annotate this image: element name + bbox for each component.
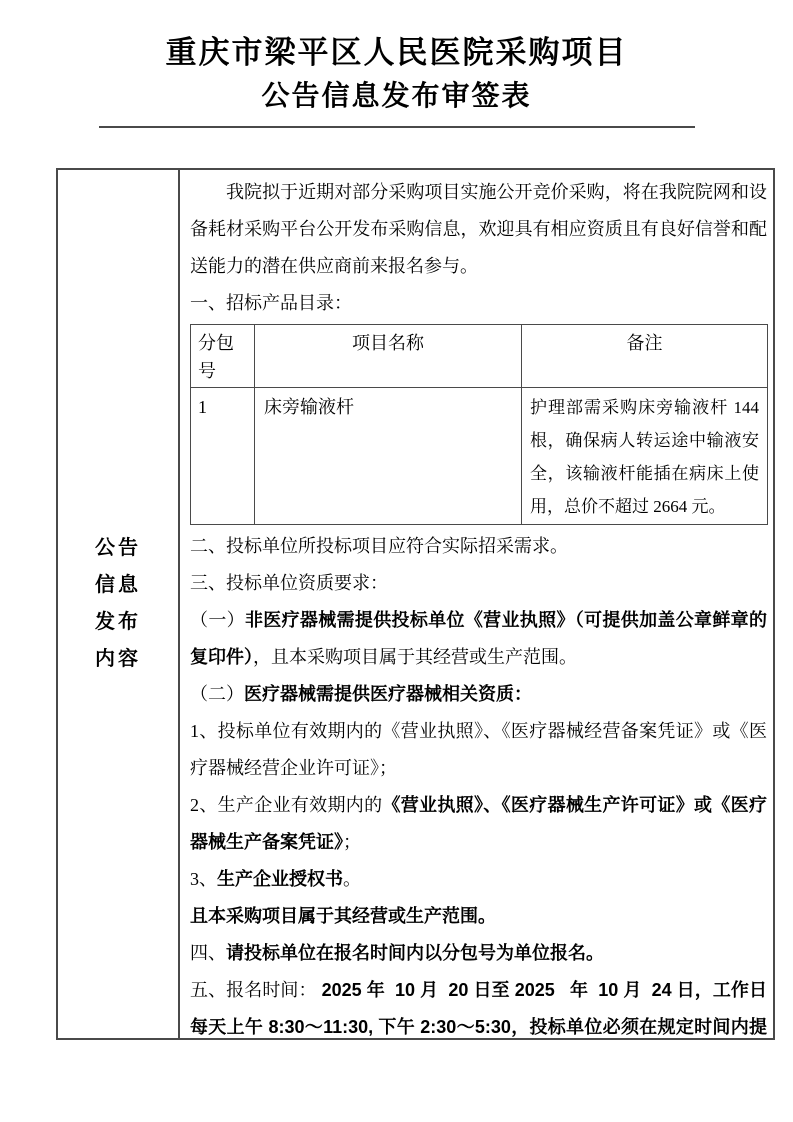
text-run: 四、	[190, 943, 226, 963]
text-run-bold: 且本采购项目属于其经营或生产范围。	[190, 906, 496, 926]
text-run-bold: 请投标单位在报名时间内以分包号为单位报名。	[226, 943, 604, 963]
text-run: 三、投标单位资质要求：	[190, 573, 388, 593]
text-run: 。	[343, 869, 361, 889]
catalog-cell: 护理部需采购床旁输液杆 144 根，确保病人转运途中输液安全，该输液杆能插在病床…	[522, 388, 768, 525]
paragraph: 五、报名时间： 2025 年 10 月 20 日至 2025 年 10 月 24…	[190, 972, 767, 1038]
title-block: 重庆市梁平区人民医院采购项目 公告信息发布审签表	[0, 0, 793, 128]
content-before-table: 我院拟于近期对部分采购项目实施公开竞价采购，将在我院院网和设备耗材采购平台公开发…	[190, 174, 767, 322]
text-run: （二）	[190, 684, 244, 704]
text-run: ，且本采购项目属于其经营或生产范围。	[253, 647, 577, 667]
text-run: ；	[343, 832, 361, 852]
paragraph: （一）非医疗器械需提供投标单位《营业执照》（可提供加盖公章鲜章的复印件），且本采…	[190, 602, 767, 676]
paragraph: 且本采购项目属于其经营或生产范围。	[190, 898, 767, 935]
row-label: 公告信息发布内容	[95, 530, 141, 678]
text-run: 3、	[190, 869, 217, 889]
catalog-table-body: 1床旁输液杆护理部需采购床旁输液杆 144 根，确保病人转运途中输液安全，该输液…	[191, 388, 768, 525]
document-title-line2: 公告信息发布审签表	[0, 79, 793, 113]
catalog-cell: 1	[191, 388, 255, 525]
title-underline	[99, 126, 695, 128]
row-label-line: 公告	[95, 530, 141, 567]
row-label-line: 内容	[95, 641, 141, 678]
paragraph: 1、投标单位有效期内的《营业执照》、《医疗器械经营备案凭证》或《医疗器械经营企业…	[190, 713, 767, 787]
text-run: 二、投标单位所投标项目应符合实际招采需求。	[190, 536, 568, 556]
paragraph: 3、生产企业授权书。	[190, 861, 767, 898]
catalog-row: 1床旁输液杆护理部需采购床旁输液杆 144 根，确保病人转运途中输液安全，该输液…	[191, 388, 768, 525]
text-run: （一）	[190, 610, 245, 630]
text-run: 五、报名时间：	[190, 980, 317, 1000]
text-run: 1、投标单位有效期内的《营业执照》、《医疗器械经营备案凭证》或《医疗器械经营企业…	[190, 721, 767, 778]
paragraph: 三、投标单位资质要求：	[190, 565, 767, 602]
text-run-bold: 生产企业授权书	[217, 869, 343, 889]
row-label-line: 信息	[95, 567, 141, 604]
text-run: 一、招标产品目录：	[190, 293, 352, 313]
document-page: 重庆市梁平区人民医院采购项目 公告信息发布审签表 公告信息发布内容 我院拟于近期…	[0, 0, 793, 1122]
catalog-table: 分包号 项目名称 备注 1床旁输液杆护理部需采购床旁输液杆 144 根，确保病人…	[190, 324, 768, 525]
announcement-content-cell: 我院拟于近期对部分采购项目实施公开竞价采购，将在我院院网和设备耗材采购平台公开发…	[180, 170, 773, 1038]
col-header-project-name: 项目名称	[255, 325, 522, 388]
content-after-table: 二、投标单位所投标项目应符合实际招采需求。三、投标单位资质要求：（一）非医疗器械…	[190, 528, 767, 1038]
text-run: 我院拟于近期对部分采购项目实施公开竞价采购，将在我院院网和设备耗材采购平台公开发…	[190, 182, 767, 276]
row-label-line: 发布	[95, 604, 141, 641]
text-run-bold: 医疗器械需提供医疗器械相关资质：	[244, 684, 532, 704]
row-label-cell: 公告信息发布内容	[58, 170, 180, 1038]
catalog-cell: 床旁输液杆	[255, 388, 522, 525]
text-run: 2、生产企业有效期内的	[190, 795, 382, 815]
approval-form-table: 公告信息发布内容 我院拟于近期对部分采购项目实施公开竞价采购，将在我院院网和设备…	[56, 168, 775, 1040]
document-title-line1: 重庆市梁平区人民医院采购项目	[0, 34, 793, 71]
paragraph: 我院拟于近期对部分采购项目实施公开竞价采购，将在我院院网和设备耗材采购平台公开发…	[190, 174, 767, 285]
col-header-remark: 备注	[522, 325, 768, 388]
paragraph: 四、请投标单位在报名时间内以分包号为单位报名。	[190, 935, 767, 972]
paragraph: 二、投标单位所投标项目应符合实际招采需求。	[190, 528, 767, 565]
paragraph: 2、生产企业有效期内的《营业执照》、《医疗器械生产许可证》或《医疗器械生产备案凭…	[190, 787, 767, 861]
paragraph: （二）医疗器械需提供医疗器械相关资质：	[190, 676, 767, 713]
col-header-package-no: 分包号	[191, 325, 255, 388]
paragraph: 一、招标产品目录：	[190, 285, 767, 322]
catalog-table-head: 分包号 项目名称 备注	[191, 325, 768, 388]
catalog-header-row: 分包号 项目名称 备注	[191, 325, 768, 388]
